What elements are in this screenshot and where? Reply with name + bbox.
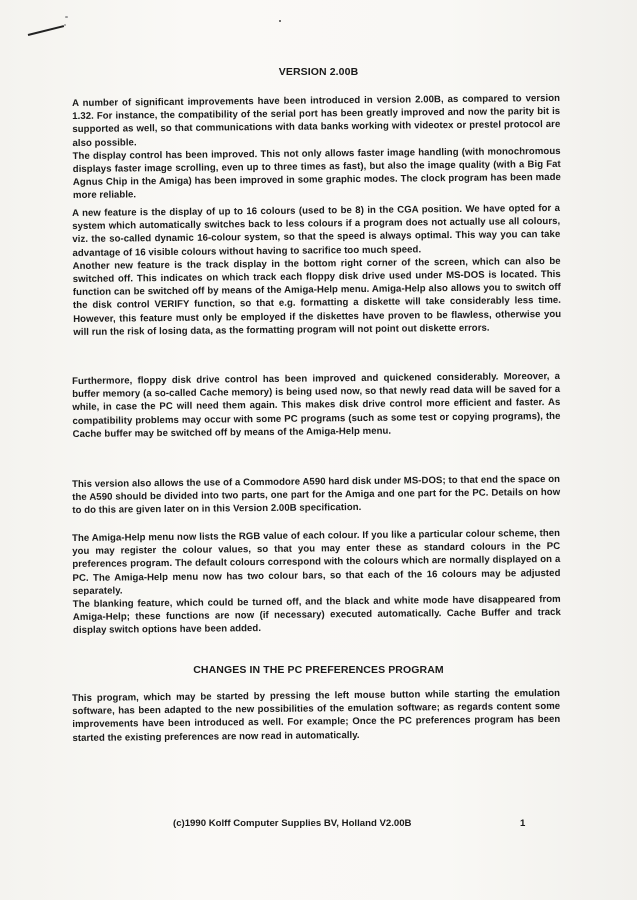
paragraph: The display control has been improved. T…	[73, 145, 562, 203]
paragraph: This program, which may be started by pr…	[72, 687, 561, 745]
body-block-1: A number of significant improvements hav…	[72, 92, 561, 203]
body-block-3: Furthermore, floppy disk drive control h…	[72, 370, 561, 441]
paragraph: The blanking feature, which could be tur…	[73, 593, 561, 638]
scan-speck	[65, 16, 68, 18]
body-block-2: A new feature is the display of up to 16…	[72, 202, 561, 339]
section-title: CHANGES IN THE PC PREFERENCES PROGRAM	[0, 664, 637, 676]
paragraph: This version also allows the use of a Co…	[72, 473, 560, 518]
paragraph: Another new feature is the track display…	[73, 255, 562, 339]
body-block-6: This program, which may be started by pr…	[72, 687, 561, 745]
scan-speck	[64, 24, 66, 26]
scan-speck	[279, 20, 281, 22]
paragraph: A new feature is the display of up to 16…	[72, 202, 561, 260]
body-block-4: This version also allows the use of a Co…	[72, 473, 560, 518]
pen-mark	[28, 25, 64, 36]
body-block-5: The Amiga-Help menu now lists the RGB va…	[72, 527, 561, 638]
paragraph: The Amiga-Help menu now lists the RGB va…	[72, 527, 561, 598]
copyright-line: (c)1990 Kolff Computer Supplies BV, Holl…	[173, 818, 411, 829]
page-number: 1	[520, 818, 525, 829]
paragraph: Furthermore, floppy disk drive control h…	[72, 370, 561, 441]
scanned-page: VERSION 2.00B A number of significant im…	[0, 0, 637, 900]
document-title: VERSION 2.00B	[0, 66, 637, 78]
paragraph: A number of significant improvements hav…	[72, 92, 561, 150]
